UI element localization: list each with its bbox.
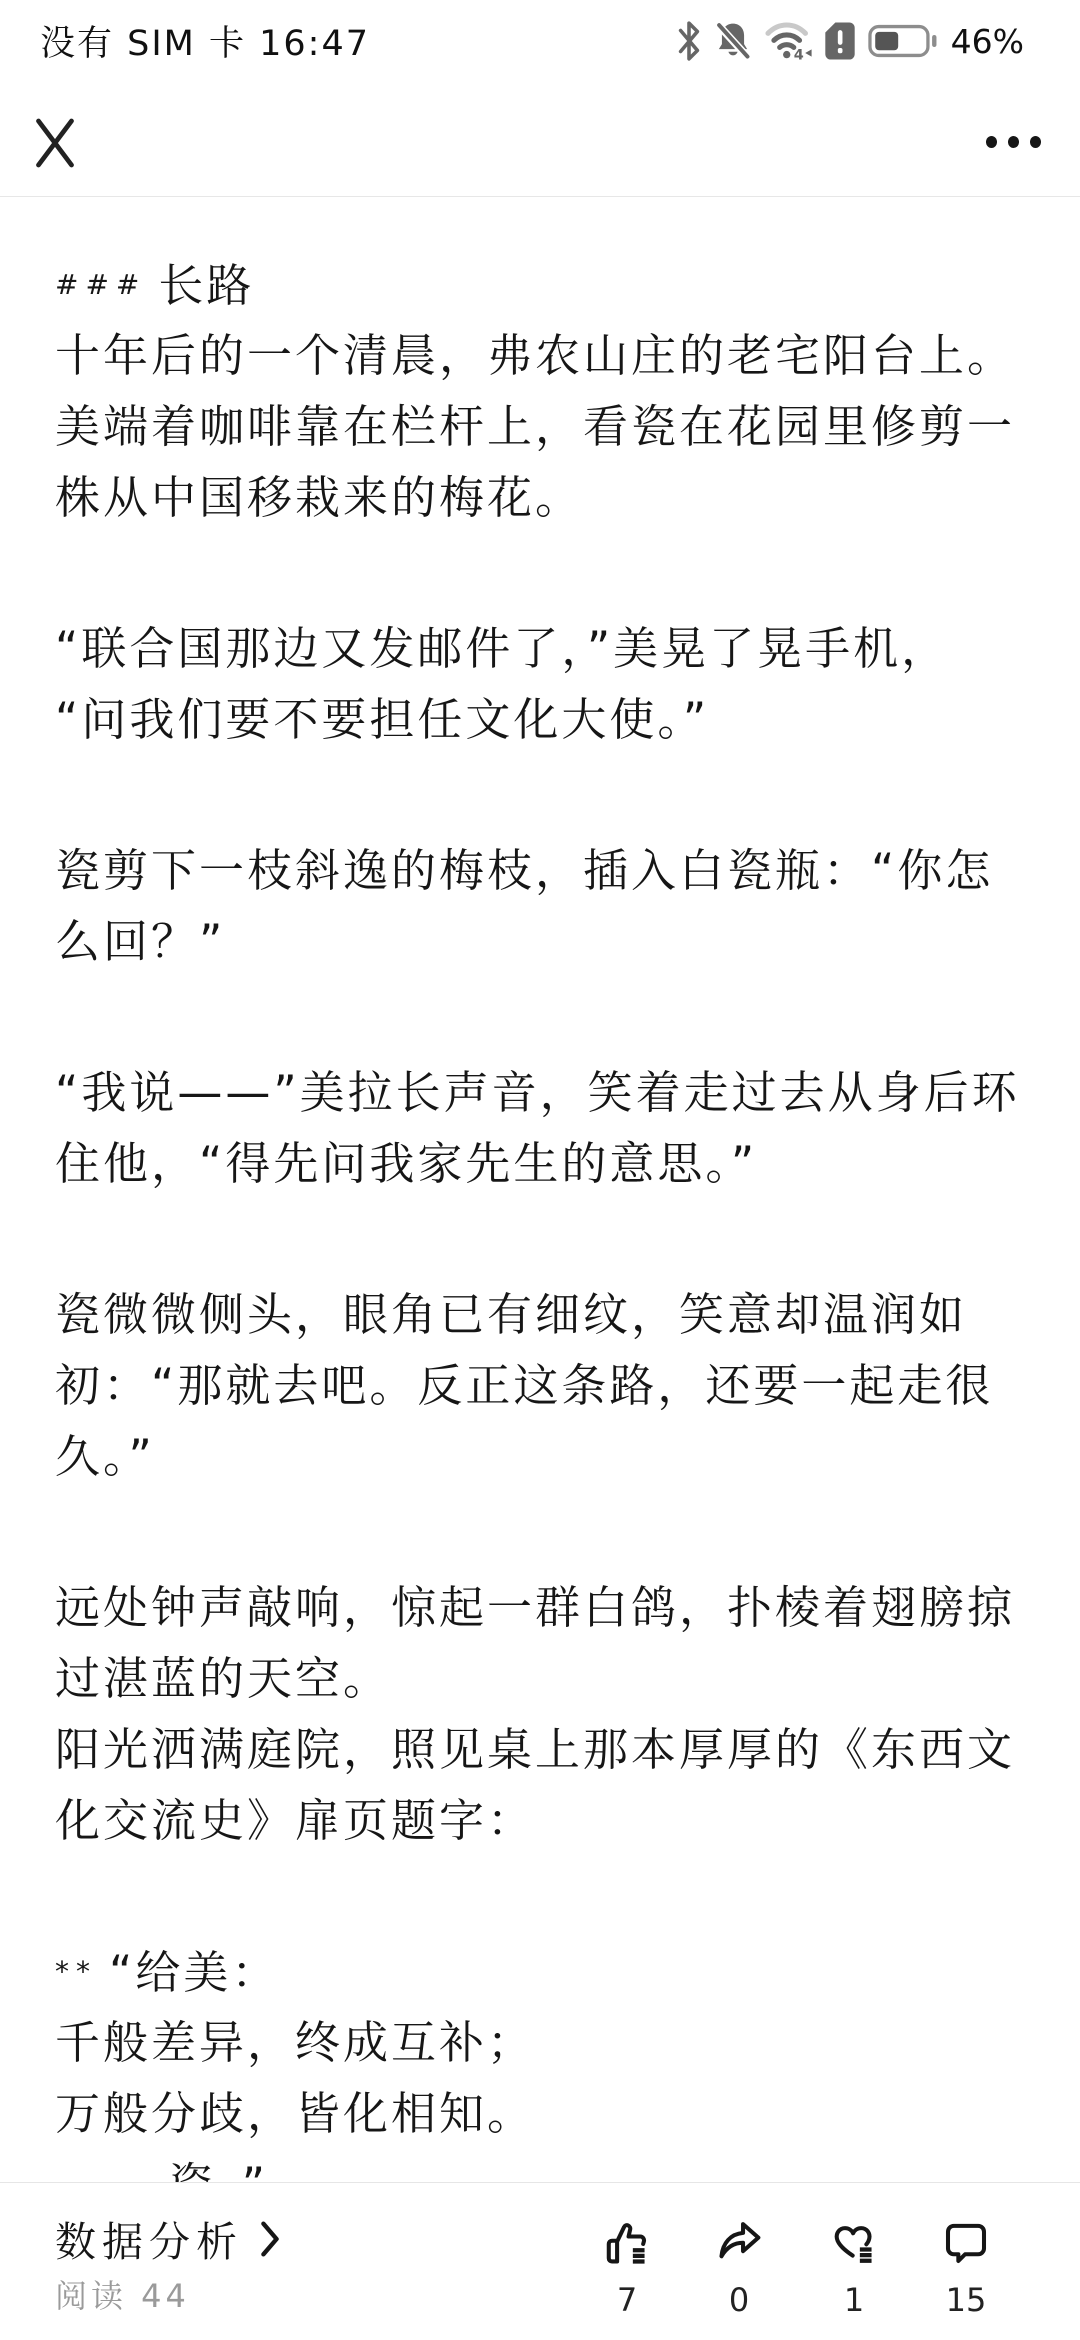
share-arrow-icon <box>712 2216 766 2270</box>
comment-button[interactable]: 15 <box>916 2216 1016 2319</box>
text-line: 久。” <box>55 1421 1030 1492</box>
text-line: 么回？” <box>55 906 1030 977</box>
bluetooth-icon <box>676 20 702 62</box>
close-button[interactable] <box>26 114 84 172</box>
text-line: 过湛蓝的天空。 <box>55 1643 1030 1714</box>
read-count-label: 阅读 44 <box>55 2271 190 2317</box>
screen: { "colors":{ "background":"#ffffff", "te… <box>0 0 1080 2340</box>
content-blocks: ###长路十年后的一个清晨，弗农山庄的老宅阳台上。美端着咖啡靠在栏杆上，看瓷在花… <box>55 249 1030 2182</box>
share-button[interactable]: 0 <box>689 2216 789 2319</box>
text-line: 住他，“得先问我家先生的意思。” <box>55 1128 1030 1199</box>
text-block: 瓷剪下一枝斜逸的梅枝，插入白瓷瓶：“你怎么回？” <box>55 835 1030 977</box>
text-line: —— 瓷。” <box>55 2149 1030 2182</box>
more-icon <box>986 136 997 148</box>
heart-button[interactable]: 1 <box>804 2216 904 2319</box>
text-line: 美端着咖啡靠在栏杆上，看瓷在花园里修剪一 <box>55 391 1030 462</box>
text-block: 瓷微微侧头，眼角已有细纹，笑意却温润如初：“那就去吧。反正这条路，还要一起走很久… <box>55 1279 1030 1492</box>
comment-count: 15 <box>946 2281 987 2319</box>
text-block: ###长路十年后的一个清晨，弗农山庄的老宅阳台上。美端着咖啡靠在栏杆上，看瓷在花… <box>55 249 1030 533</box>
text-line: 瓷微微侧头，眼角已有细纹，笑意却温润如 <box>55 1279 1030 1350</box>
carrier-time-label: 没有 SIM 卡 16:47 <box>40 16 370 66</box>
text-line: 万般分歧，皆化相知。 <box>55 2078 1030 2149</box>
close-icon <box>33 117 77 169</box>
text-line: 化交流史》扉页题字： <box>55 1785 1030 1856</box>
notifications-muted-icon <box>713 20 753 62</box>
text-line: “问我们要不要担任文化大使。” <box>55 684 1030 755</box>
like-count: 7 <box>617 2281 637 2319</box>
text-line: ###长路 <box>55 249 1030 320</box>
battery-percent-label: 46% <box>951 22 1024 61</box>
text-line: 阳光洒满庭院，照见桌上那本厚厚的《东西文 <box>55 1714 1030 1785</box>
text-block: “联合国那边又发邮件了，”美晃了晃手机，“问我们要不要担任文化大使。” <box>55 613 1030 755</box>
more-button[interactable] <box>976 118 1050 166</box>
battery-icon <box>868 23 938 59</box>
comment-bubble-icon <box>939 2216 993 2270</box>
analytics-label: 数据分析 <box>55 2209 243 2268</box>
text-block: “我说——”美拉长声音，笑着走过去从身后环住他，“得先问我家先生的意思。” <box>55 1057 1030 1199</box>
heart-icon <box>827 2216 881 2270</box>
sim-alert-icon <box>823 20 857 62</box>
text-line: 十年后的一个清晨，弗农山庄的老宅阳台上。 <box>55 320 1030 391</box>
heart-count: 1 <box>844 2281 864 2319</box>
analytics-link[interactable]: 数据分析 <box>55 2209 281 2268</box>
wifi-icon: 4 <box>764 20 812 62</box>
text-line: 株从中国移栽来的梅花。 <box>55 462 1030 533</box>
like-button[interactable]: 7 <box>577 2216 677 2319</box>
text-line: 千般差异，终成互补； <box>55 2007 1030 2078</box>
markdown-marks: ### <box>55 268 146 301</box>
text-line: “我说——”美拉长声音，笑着走过去从身后环 <box>55 1057 1030 1128</box>
article-scroll-area[interactable]: ###长路十年后的一个清晨，弗农山庄的老宅阳台上。美端着咖啡靠在栏杆上，看瓷在花… <box>0 198 1080 2182</box>
text-line: 远处钟声敲响，惊起一群白鸽，扑棱着翅膀掠 <box>55 1572 1030 1643</box>
share-count: 0 <box>729 2281 749 2319</box>
text-line: 初：“那就去吧。反正这条路，还要一起走很 <box>55 1350 1030 1421</box>
text-line: **“给美： <box>55 1936 1030 2007</box>
svg-text:4: 4 <box>793 47 803 62</box>
text-line: 瓷剪下一枝斜逸的梅枝，插入白瓷瓶：“你怎 <box>55 835 1030 906</box>
chevron-right-icon <box>259 2220 281 2258</box>
text-line: “联合国那边又发邮件了，”美晃了晃手机， <box>55 613 1030 684</box>
status-icons: 4 46% <box>676 20 1024 62</box>
text-block: 远处钟声敲响，惊起一群白鸽，扑棱着翅膀掠过湛蓝的天空。阳光洒满庭院，照见桌上那本… <box>55 1572 1030 1856</box>
article-header <box>0 78 1080 197</box>
text-block: **“给美：千般差异，终成互补；万般分歧，皆化相知。—— 瓷。” <box>55 1936 1030 2182</box>
engagement-footer: 数据分析 阅读 44 7 0 1 <box>0 2182 1080 2340</box>
markdown-marks: ** <box>55 1955 97 1988</box>
thumbs-up-icon <box>600 2216 654 2270</box>
status-bar: 没有 SIM 卡 16:47 4 <box>0 0 1080 78</box>
